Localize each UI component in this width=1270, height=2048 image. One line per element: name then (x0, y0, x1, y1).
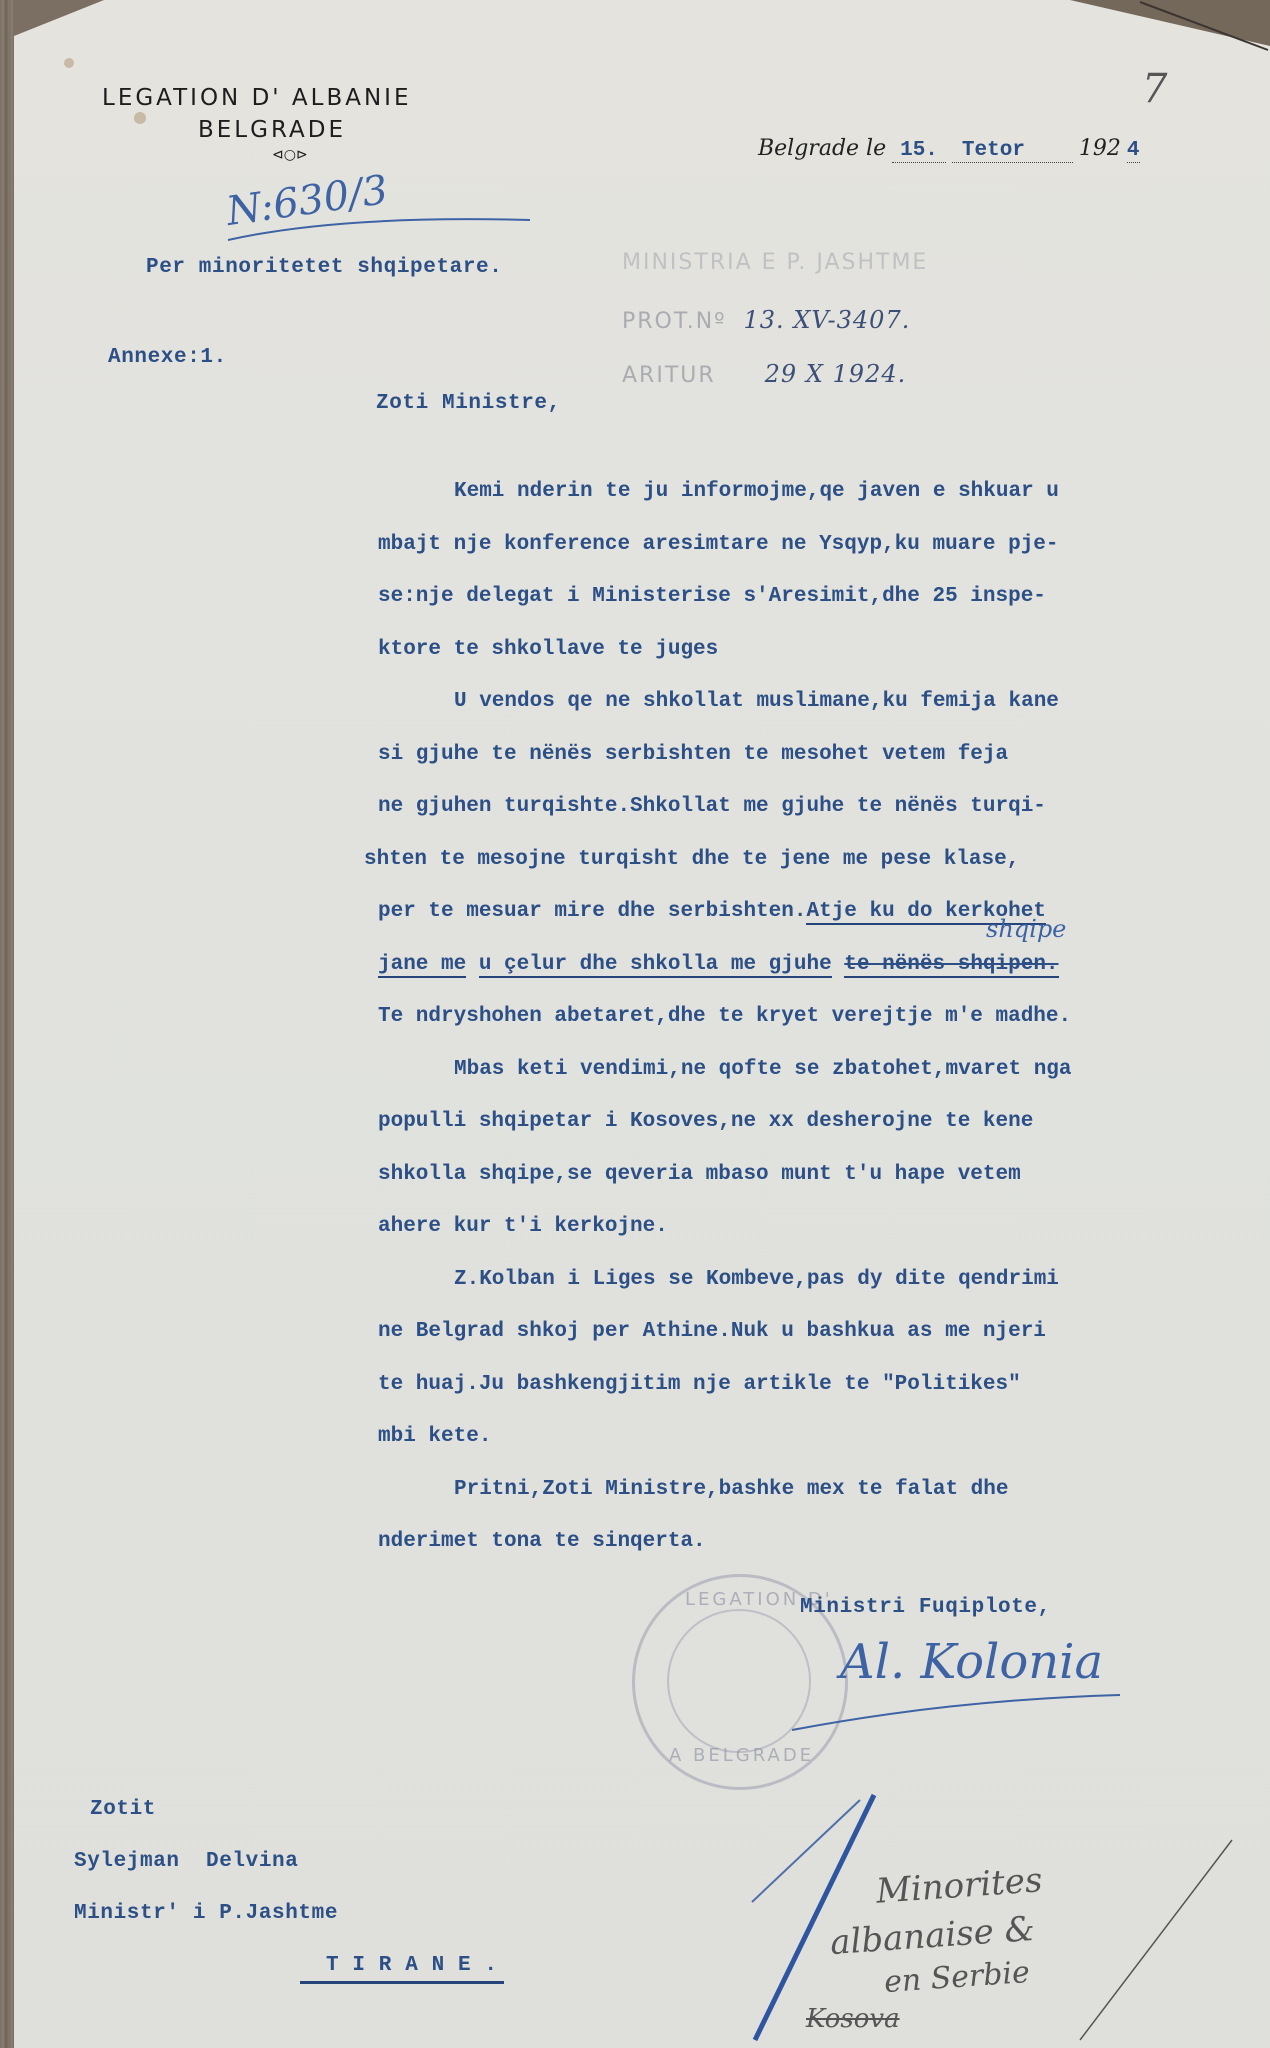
pen-strokes (0, 0, 1270, 2048)
